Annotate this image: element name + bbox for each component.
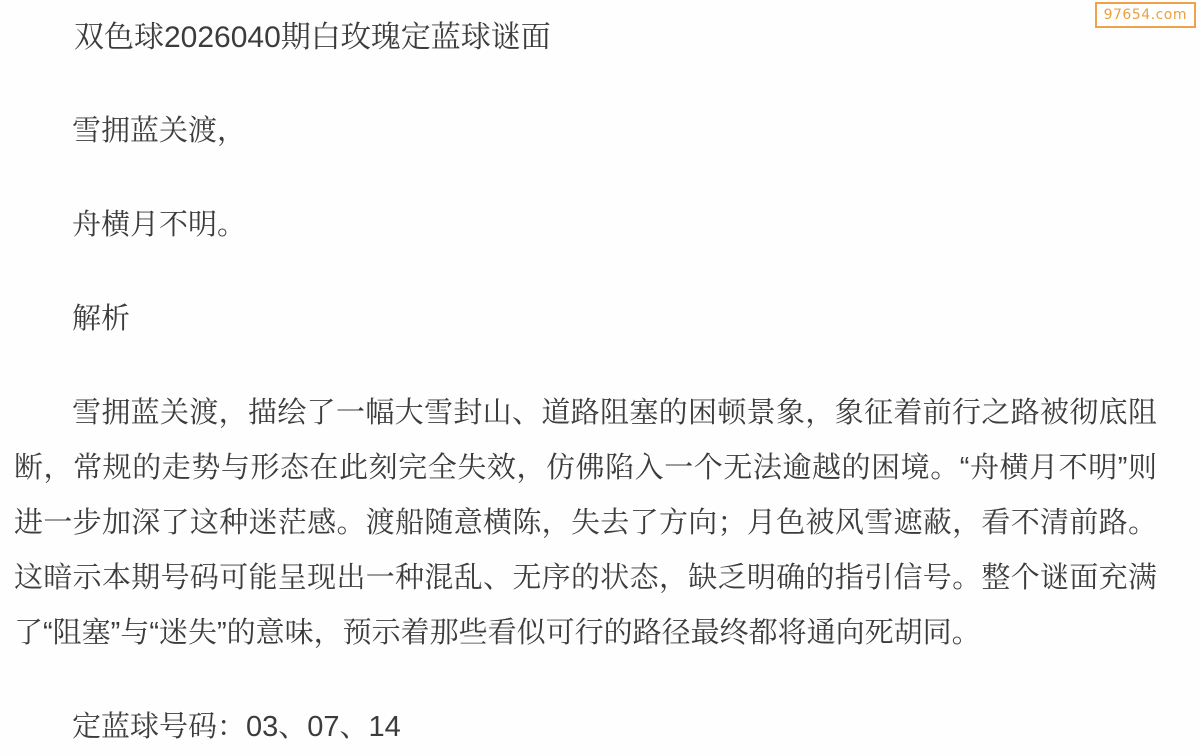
watermark-badge: 97654.com [1095,2,1196,28]
riddle-line-2: 舟横月不明。 [14,198,1157,253]
article-content: 双色球2026040期白玫瑰定蓝球谜面 雪拥蓝关渡， 舟横月不明。 解析 雪拥蓝… [0,0,1199,755]
watermark-text: 97654.com [1104,7,1187,23]
blue-ball-numbers: 定蓝球号码：03、07、14 [14,700,1157,755]
analysis-heading: 解析 [14,292,1157,347]
analysis-paragraph: 雪拥蓝关渡，描绘了一幅大雪封山、道路阻塞的困顿景象，象征着前行之路被彻底阻断，常… [14,386,1157,661]
article-page: 97654.com 双色球2026040期白玫瑰定蓝球谜面 雪拥蓝关渡， 舟横月… [0,0,1199,756]
riddle-line-1: 雪拥蓝关渡， [14,104,1157,159]
article-title: 双色球2026040期白玫瑰定蓝球谜面 [14,10,1157,65]
